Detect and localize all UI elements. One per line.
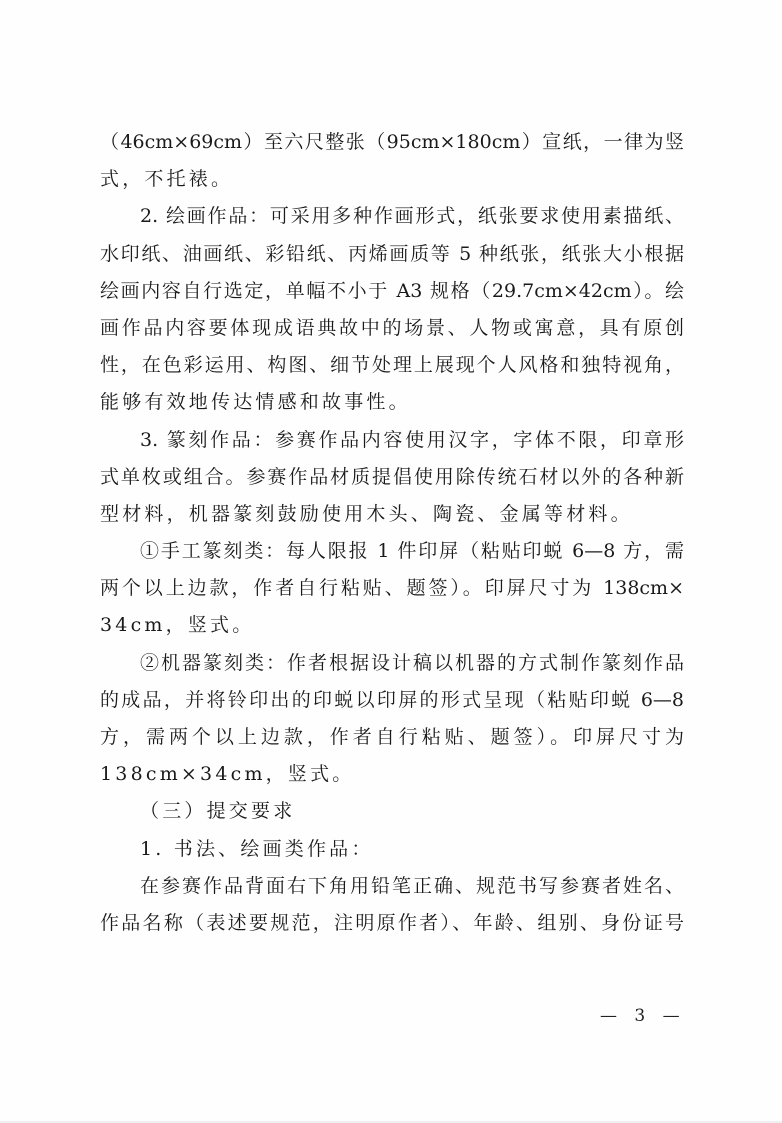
text-line: 138cm×34cm，竖式。 xyxy=(100,756,684,793)
text-line: 绘画内容自行选定，单幅不小于 A3 规格（29.7cm×42cm）。绘 xyxy=(100,273,684,310)
text-line: 水印纸、油画纸、彩铅纸、丙烯画质等 5 种纸张，纸张大小根据 xyxy=(100,236,684,273)
paragraph-labeling: 在参赛作品背面右下角用铅笔正确、规范书写参赛者姓名、 xyxy=(100,868,684,905)
paragraph-manual-carving: ①手工篆刻类：每人限报 1 件印屏（粘贴印蜕 6—8 方，需 xyxy=(100,533,684,570)
paragraph-seal-carving: 3. 篆刻作品：参赛作品内容使用汉字，字体不限，印章形 xyxy=(100,422,684,459)
text-line: （46cm×69cm）至六尺整张（95cm×180cm）宣纸，一律为竖 xyxy=(100,124,684,161)
document-body: （46cm×69cm）至六尺整张（95cm×180cm）宣纸，一律为竖 式，不托… xyxy=(100,124,684,942)
paragraph-machine-carving: ②机器篆刻类：作者根据设计稿以机器的方式制作篆刻作品 xyxy=(100,645,684,682)
text-line: 34cm，竖式。 xyxy=(100,607,684,644)
text-line: 两个以上边款，作者自行粘贴、题签）。印屏尺寸为 138cm× xyxy=(100,570,684,607)
text-line: 画作品内容要体现成语典故中的场景、人物或寓意，具有原创 xyxy=(100,310,684,347)
text-line: 的成品，并将铃印出的印蜕以印屏的形式呈现（粘贴印蜕 6—8 xyxy=(100,682,684,719)
text-line: 作品名称（表述要规范，注明原作者）、年龄、组别、身份证号 xyxy=(100,905,684,942)
text-line: 式单枚或组合。参赛作品材质提倡使用除传统石材以外的各种新 xyxy=(100,459,684,496)
text-line: 性，在色彩运用、构图、细节处理上展现个人风格和独特视角， xyxy=(100,347,684,384)
text-line: 式，不托裱。 xyxy=(100,161,684,198)
text-line: 能够有效地传达情感和故事性。 xyxy=(100,384,684,421)
paragraph-painting-works: 2. 绘画作品：可采用多种作画形式，纸张要求使用素描纸、 xyxy=(100,198,684,235)
text-line: 型材料，机器篆刻鼓励使用木头、陶瓷、金属等材料。 xyxy=(100,496,684,533)
page-number: — 3 — xyxy=(600,1006,686,1026)
section-heading-submission: （三）提交要求 xyxy=(100,793,684,830)
subheading-calligraphy-painting: 1. 书法、绘画类作品： xyxy=(100,831,684,868)
text-line: 方，需两个以上边款，作者自行粘贴、题签）。印屏尺寸为 xyxy=(100,719,684,756)
